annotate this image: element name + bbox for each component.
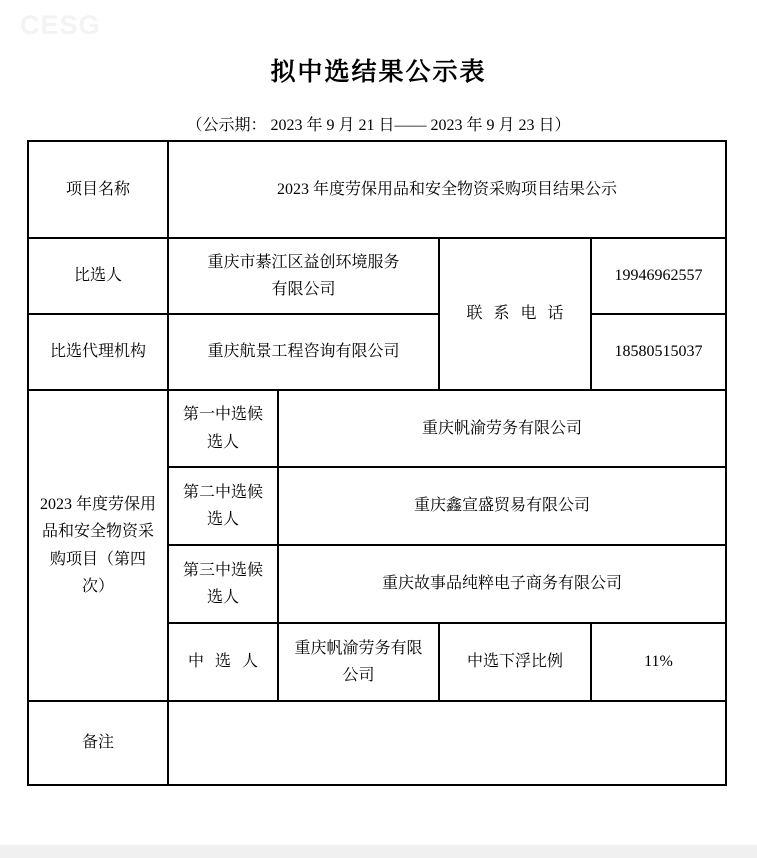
page-title: 拟中选结果公示表 (0, 52, 757, 88)
row-candidate-1: 2023 年度劳保用 品和安全物资采 购项目（第四次） 第一中选候 选人 重庆帆… (28, 390, 726, 467)
winner-label: 中 选 人 (168, 623, 278, 701)
discount-label: 中选下浮比例 (439, 623, 591, 701)
agency-phone: 18580515037 (591, 314, 726, 390)
contact-phone-label: 联 系 电 话 (439, 238, 591, 390)
agency-label: 比选代理机构 (28, 314, 168, 390)
remarks-value (168, 701, 726, 785)
discount-value: 11% (591, 623, 726, 701)
project-name-label: 项目名称 (28, 141, 168, 238)
candidate2-name: 重庆鑫宣盛贸易有限公司 (278, 467, 726, 545)
candidate2-label: 第二中选候 选人 (168, 467, 278, 545)
bottom-page-edge (0, 845, 757, 858)
publicity-period: （公示期： 2023 年 9 月 21 日—— 2023 年 9 月 23 日） (0, 112, 757, 135)
announcement-page: CESG 拟中选结果公示表 （公示期： 2023 年 9 月 21 日—— 20… (0, 0, 757, 858)
project-section-name: 2023 年度劳保用 品和安全物资采 购项目（第四次） (28, 390, 168, 701)
row-remarks: 备注 (28, 701, 726, 785)
row-agency: 比选代理机构 重庆航景工程咨询有限公司 18580515037 (28, 314, 726, 390)
candidate1-label: 第一中选候 选人 (168, 390, 278, 467)
winner-name: 重庆帆渝劳务有限 公司 (278, 623, 439, 701)
watermark-logo: CESG (20, 10, 101, 41)
agency-name: 重庆航景工程咨询有限公司 (168, 314, 439, 390)
bidder-label: 比选人 (28, 238, 168, 314)
candidate3-name: 重庆故事品纯粹电子商务有限公司 (278, 545, 726, 623)
remarks-label: 备注 (28, 701, 168, 785)
bidder-phone: 19946962557 (591, 238, 726, 314)
candidate3-label: 第三中选候 选人 (168, 545, 278, 623)
result-table: 项目名称 2023 年度劳保用品和安全物资采购项目结果公示 比选人 重庆市綦江区… (27, 140, 727, 786)
row-bidder: 比选人 重庆市綦江区益创环境服务 有限公司 联 系 电 话 1994696255… (28, 238, 726, 314)
candidate1-name: 重庆帆渝劳务有限公司 (278, 390, 726, 467)
project-name-value: 2023 年度劳保用品和安全物资采购项目结果公示 (168, 141, 726, 238)
row-project-name: 项目名称 2023 年度劳保用品和安全物资采购项目结果公示 (28, 141, 726, 238)
bidder-name: 重庆市綦江区益创环境服务 有限公司 (168, 238, 439, 314)
